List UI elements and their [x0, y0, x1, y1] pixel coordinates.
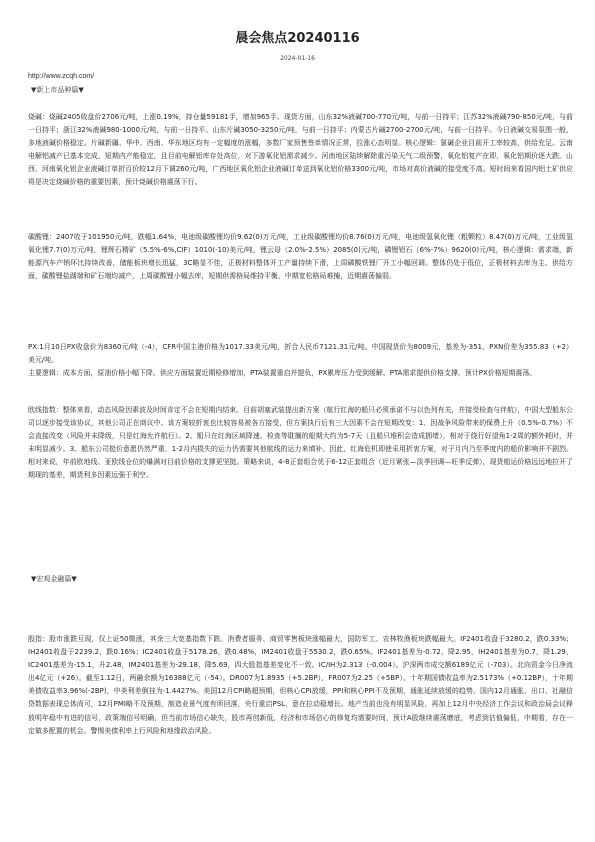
paragraph-stock-index: 股指：股市涨跌互现，仅上证50微涨，其余三大宽基指数下跌。消费者服务、商贸零售板…: [28, 633, 573, 738]
paragraph-container-index: 欧线指数：整体来看，动态风险因素波及时间肯定不会在短期内结束。目前胡塞武装提出新…: [28, 404, 573, 483]
section-heading-new-products: ▼新上市品种篇▼: [31, 85, 84, 95]
section-heading-macro-finance: ▼宏观金融篇▼: [31, 574, 77, 584]
publish-date: 2024-01-16: [0, 55, 595, 62]
paragraph-px: PX:1月10日PX收盘价为8360元/吨（-4），CFR中国主港价格为1017…: [28, 341, 573, 380]
website-link[interactable]: http://www.zcqh.com/: [28, 73, 94, 80]
paragraph-lithium-carbonate: 碳酸锂：2407收于101950元/吨，跌幅1.64%，电池级碳酸锂均价9.62…: [28, 231, 573, 283]
page-title: 晨会焦点20240116: [0, 27, 595, 46]
paragraph-caustic-soda: 烧碱：烧碱2405收盘价2706元/吨，上涨0.19%，持仓量59181手，增加…: [28, 111, 573, 190]
